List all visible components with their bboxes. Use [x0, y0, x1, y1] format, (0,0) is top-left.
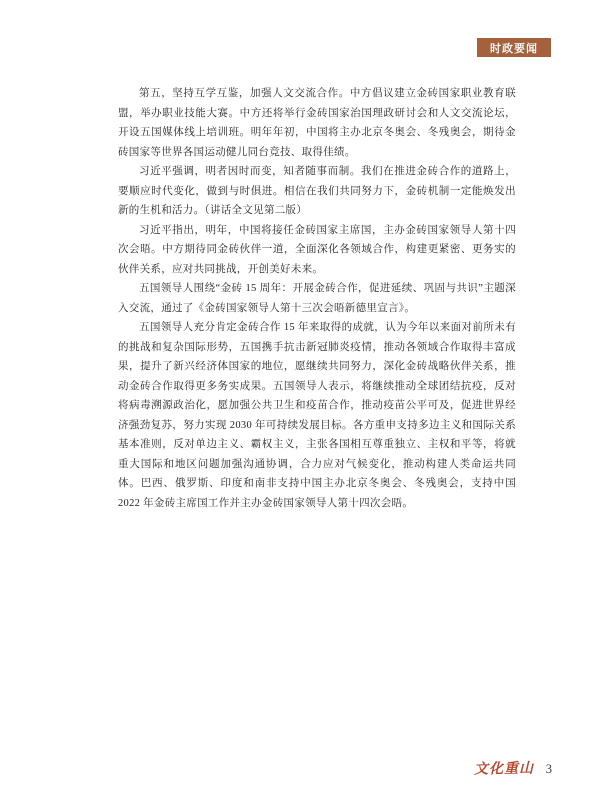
page-number: 3 — [546, 762, 552, 777]
journal-logo: 文化重山 — [474, 757, 534, 778]
section-badge: 时政要闻 — [477, 38, 551, 57]
body-paragraph: 习近平指出，明年，中国将接任金砖国家主席国，主办金砖国家领导人第十四次会晤。中方… — [118, 221, 516, 280]
body-paragraph: 五国领导人围绕“金砖 15 周年：开展金砖合作，促进延续、巩固与共识”主题深入交… — [118, 279, 516, 318]
body-paragraph: 五国领导人充分肯定金砖合作 15 年来取得的成就，认为今年以来面对前所未有的挑战… — [118, 318, 516, 513]
page-footer: 文化重山 3 — [474, 758, 552, 778]
body-paragraph: 习近平强调，明者因时而变，知者随事而制。我们在推进金砖合作的道路上，要顺应时代变… — [118, 162, 516, 221]
article-body: 第五，坚持互学互鉴，加强人文交流合作。中方倡议建立金砖国家职业教育联盟，举办职业… — [118, 84, 516, 513]
document-page: 时政要闻 第五，坚持互学互鉴，加强人文交流合作。中方倡议建立金砖国家职业教育联盟… — [0, 0, 595, 808]
body-paragraph: 第五，坚持互学互鉴，加强人文交流合作。中方倡议建立金砖国家职业教育联盟，举办职业… — [118, 84, 516, 162]
